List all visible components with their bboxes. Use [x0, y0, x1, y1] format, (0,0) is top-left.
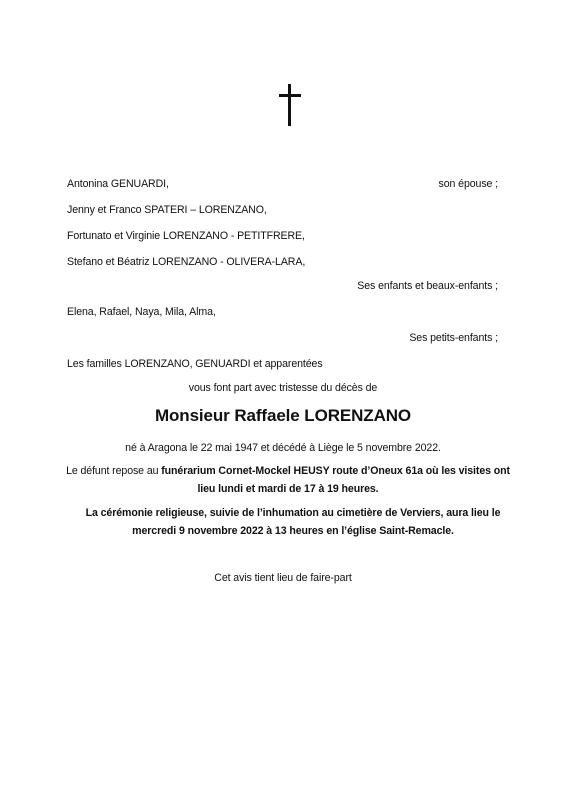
announcement-line: vous font part avec tristesse du décès d… — [0, 381, 566, 395]
spouse-name: Antonina GENUARDI, — [67, 177, 169, 191]
child-couple-1: Jenny et Franco SPATERI – LORENZANO, — [67, 203, 267, 217]
child-couple-2: Fortunato et Virginie LORENZANO - PETITF… — [67, 229, 305, 243]
spouse-relation: son épouse ; — [439, 177, 498, 191]
repose-intro: Le défunt repose au — [66, 465, 161, 477]
footer-note: Cet avis tient lieu de faire-part — [0, 571, 566, 585]
repose-paragraph: Le défunt repose au funérarium Cornet-Mo… — [60, 462, 516, 498]
children-relation: Ses enfants et beaux-enfants ; — [357, 279, 498, 293]
grandchildren-relation: Ses petits-enfants ; — [409, 331, 498, 345]
birth-death-line: né à Aragona le 22 mai 1947 et décédé à … — [0, 441, 566, 455]
repose-details: funérarium Cornet-Mockel HEUSY route d’O… — [161, 465, 510, 495]
cross-icon — [279, 84, 301, 126]
grandchildren-names: Elena, Rafael, Naya, Mila, Alma, — [67, 305, 216, 319]
deceased-name: Monsieur Raffaele LORENZANO — [0, 406, 566, 426]
families-line: Les familles LORENZANO, GENUARDI et appa… — [67, 357, 323, 371]
ceremony-paragraph: La cérémonie religieuse, suivie de l’inh… — [72, 504, 514, 540]
death-notice-page: Antonina GENUARDI, son épouse ; Jenny et… — [0, 0, 566, 800]
child-couple-3: Stefano et Béatriz LORENZANO - OLIVERA-L… — [67, 255, 305, 269]
